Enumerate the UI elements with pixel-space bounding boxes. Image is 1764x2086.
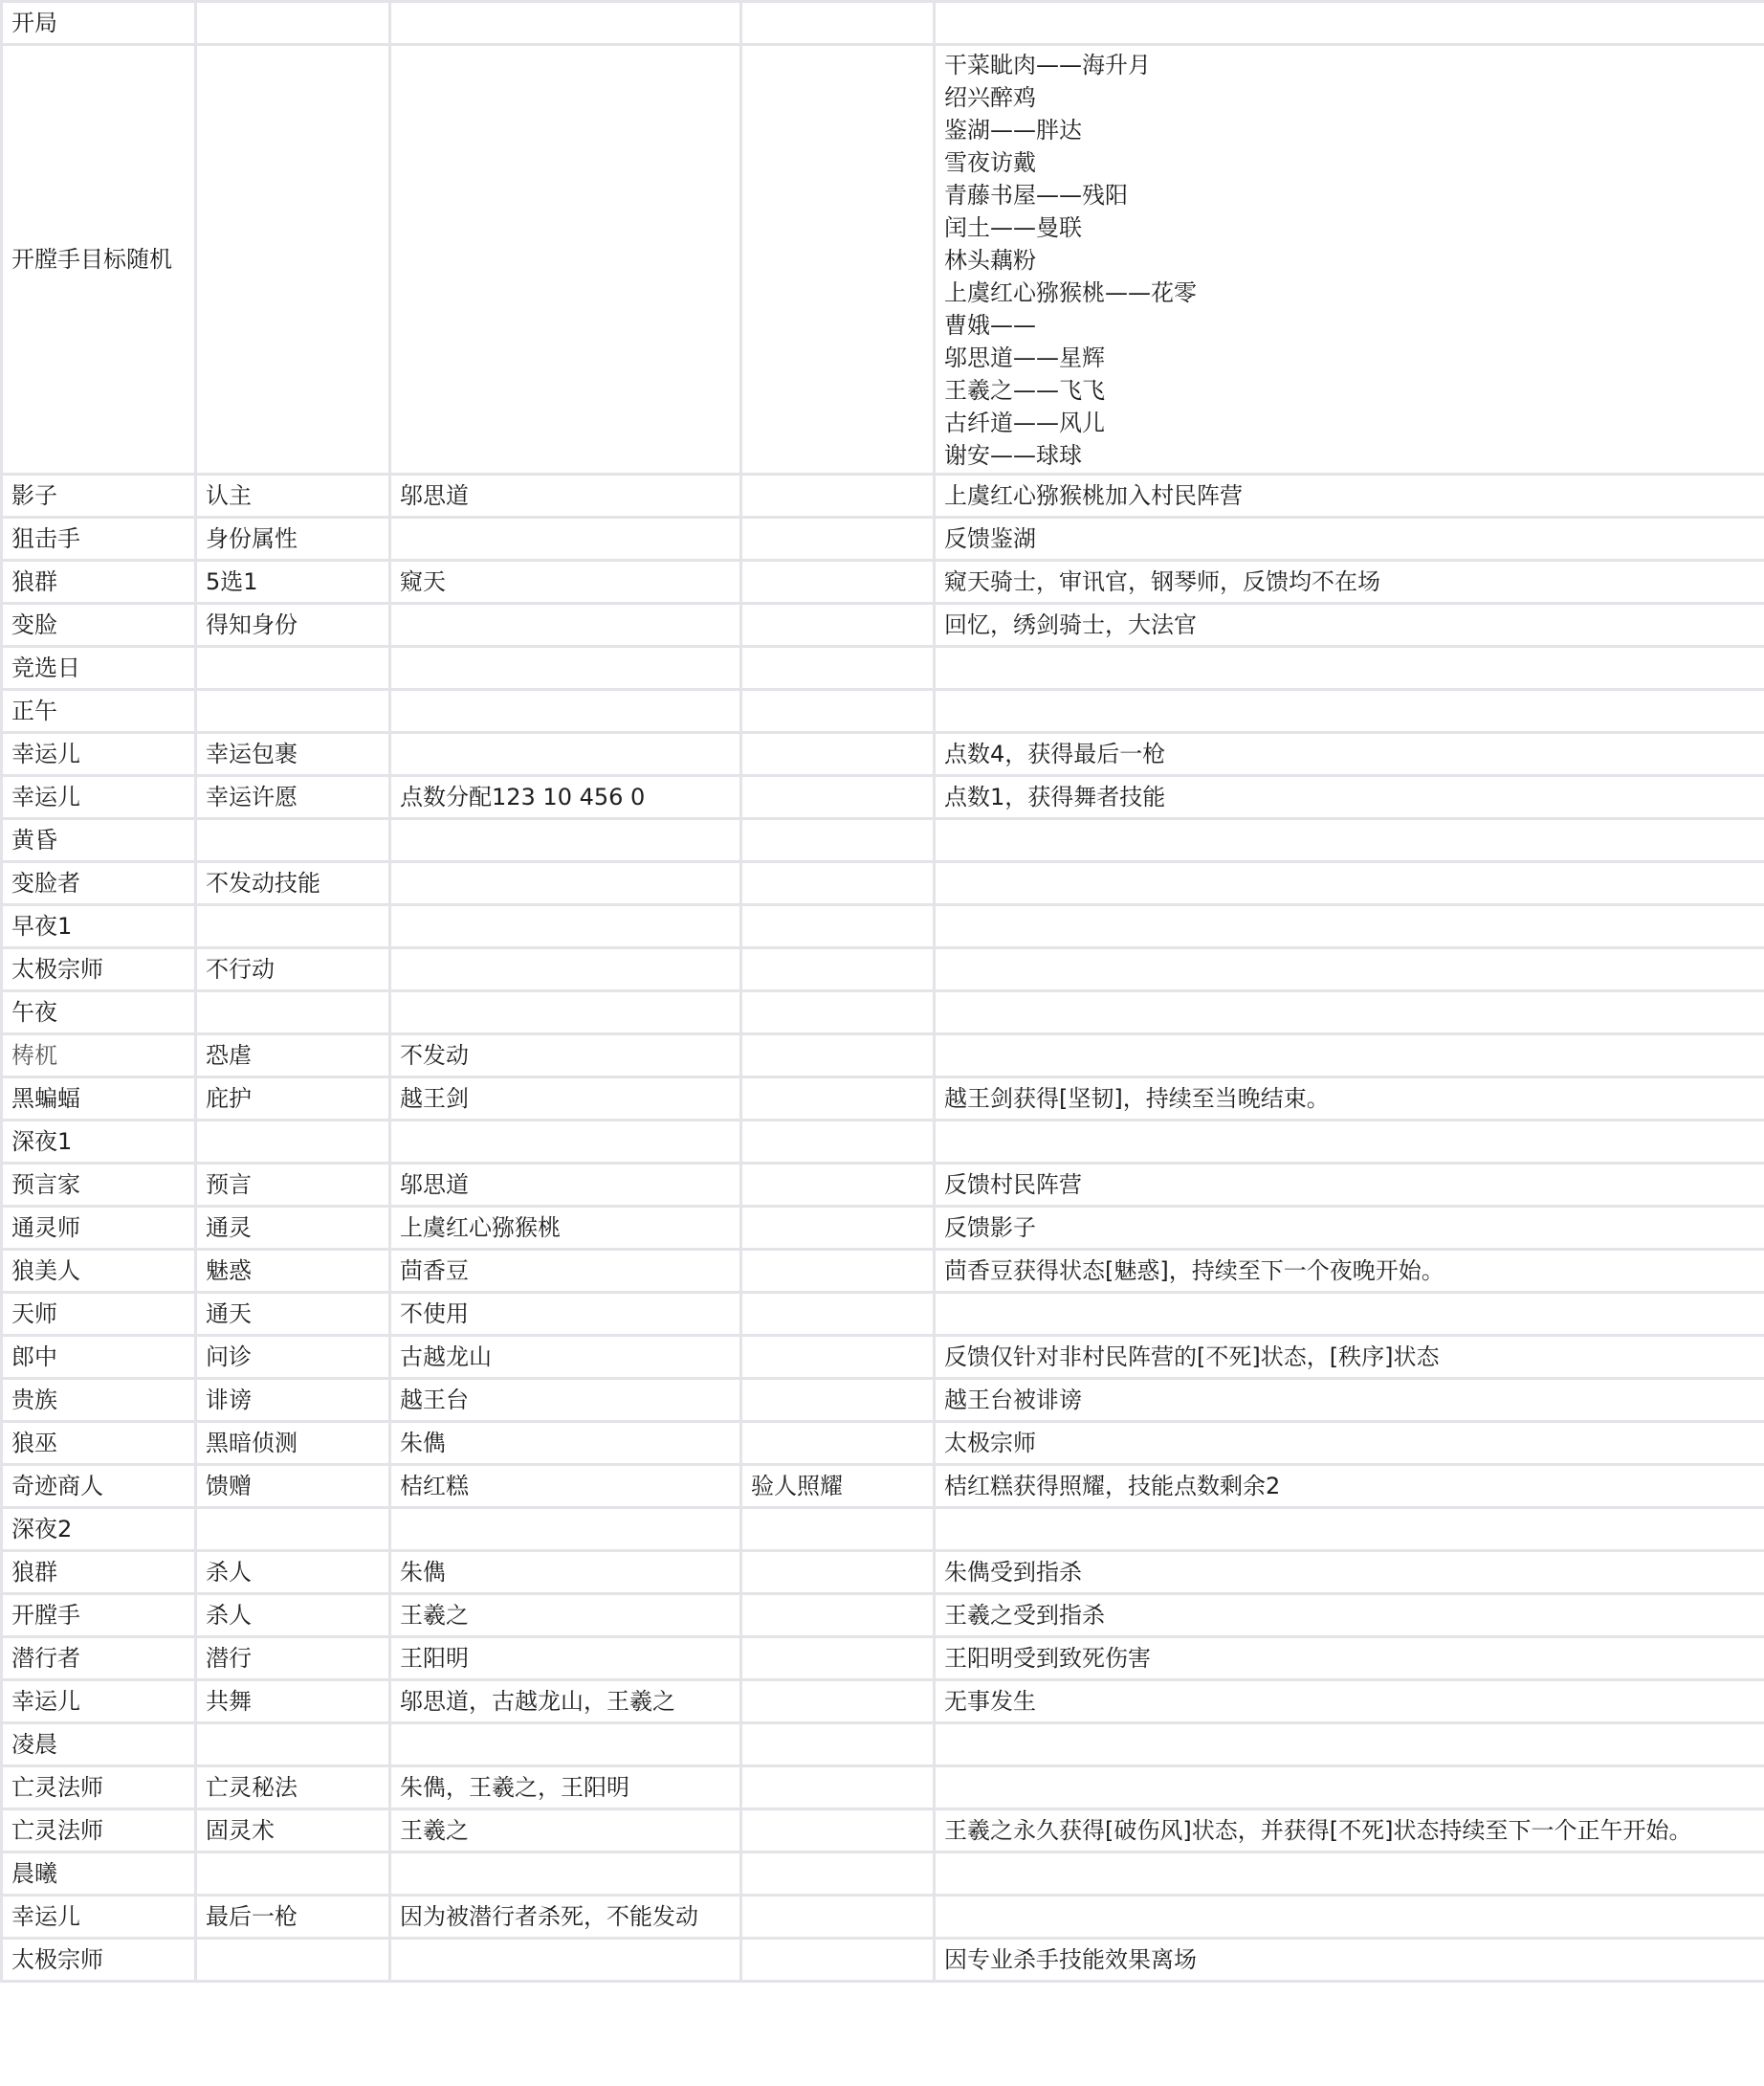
cell-extra[interactable] [741, 1766, 935, 1809]
result-line: 林头藕粉 [944, 244, 1764, 277]
cell-role[interactable]: 狙击手 [2, 518, 196, 561]
cell-action[interactable]: 馈赠 [196, 1465, 390, 1508]
cell-role[interactable]: 狼群 [2, 1551, 196, 1594]
cell-target[interactable]: 王羲之 [390, 1594, 741, 1637]
cell-action[interactable]: 不发动技能 [196, 862, 390, 905]
cell-action[interactable]: 认主 [196, 475, 390, 518]
cell-extra[interactable] [741, 518, 935, 561]
cell-extra[interactable] [741, 1637, 935, 1680]
cell-target[interactable] [390, 733, 741, 776]
cell-role[interactable]: 凌晨 [2, 1723, 196, 1766]
cell-extra[interactable] [741, 1422, 935, 1465]
cell-role[interactable]: 开膛手 [2, 1594, 196, 1637]
cell-result[interactable] [935, 1766, 1764, 1809]
cell-role[interactable]: 午夜 [2, 991, 196, 1034]
cell-result[interactable] [935, 647, 1764, 690]
cell-role[interactable]: 狼巫 [2, 1422, 196, 1465]
cell-result[interactable]: 因专业杀手技能效果离场 [935, 1939, 1764, 1982]
cell-extra[interactable]: 验人照耀 [741, 1465, 935, 1508]
cell-action[interactable] [196, 1508, 390, 1551]
cell-result[interactable] [935, 1723, 1764, 1766]
result-line: 雪夜访戴 [944, 146, 1764, 179]
cell-action[interactable] [196, 647, 390, 690]
table-row: 开膛手杀人王羲之王羲之受到指杀 [2, 1594, 1764, 1637]
cell-extra[interactable] [741, 1939, 935, 1982]
cell-action[interactable]: 黑暗侦测 [196, 1422, 390, 1465]
table-row: 潜行者潜行王阳明王阳明受到致死伤害 [2, 1637, 1764, 1680]
cell-target[interactable] [390, 819, 741, 862]
cell-extra[interactable] [741, 1379, 935, 1422]
cell-target[interactable]: 古越龙山 [390, 1336, 741, 1379]
cell-role[interactable]: 天师 [2, 1293, 196, 1336]
cell-role[interactable]: 幸运儿 [2, 1680, 196, 1723]
table-row: 贵族诽谤越王台越王台被诽谤 [2, 1379, 1764, 1422]
cell-extra[interactable] [741, 1207, 935, 1250]
table-row: 亡灵法师固灵术王羲之王羲之永久获得[破伤风]状态，并获得[不死]状态持续至下一个… [2, 1809, 1764, 1853]
cell-result[interactable]: 越王剑获得[坚韧]，持续至当晚结束。 [935, 1077, 1764, 1121]
cell-result[interactable] [935, 690, 1764, 733]
cell-action[interactable]: 庇护 [196, 1077, 390, 1121]
cell-result[interactable]: 上虞红心猕猴桃加入村民阵营 [935, 475, 1764, 518]
cell-role[interactable]: 早夜1 [2, 905, 196, 948]
cell-target[interactable]: 桔红糕 [390, 1465, 741, 1508]
cell-extra[interactable] [741, 1121, 935, 1164]
cell-role[interactable]: 黄昏 [2, 819, 196, 862]
table-row: 太极宗师不行动 [2, 948, 1764, 991]
cell-target[interactable]: 越王台 [390, 1379, 741, 1422]
cell-result[interactable]: 点数4，获得最后一枪 [935, 733, 1764, 776]
table-row: 狼群5选1窥天窥天骑士，审讯官，钢琴师，反馈均不在场 [2, 561, 1764, 604]
cell-result[interactable]: 越王台被诽谤 [935, 1379, 1764, 1422]
cell-result[interactable]: 桔红糕获得照耀，技能点数剩余2 [935, 1465, 1764, 1508]
cell-role[interactable]: 幸运儿 [2, 776, 196, 819]
cell-extra[interactable] [741, 991, 935, 1034]
cell-target[interactable] [390, 862, 741, 905]
cell-target[interactable] [390, 991, 741, 1034]
cell-extra[interactable] [741, 1809, 935, 1853]
cell-result[interactable]: 反馈鉴湖 [935, 518, 1764, 561]
cell-result[interactable]: 回忆，绣剑骑士，大法官 [935, 604, 1764, 647]
table-row: 狼美人魅惑茴香豆茴香豆获得状态[魅惑]，持续至下一个夜晚开始。 [2, 1250, 1764, 1293]
cell-extra[interactable] [741, 1293, 935, 1336]
cell-extra[interactable] [741, 690, 935, 733]
cell-result[interactable]: 反馈影子 [935, 1207, 1764, 1250]
cell-role[interactable]: 深夜1 [2, 1121, 196, 1164]
cell-target[interactable] [390, 45, 741, 475]
cell-result[interactable]: 太极宗师 [935, 1422, 1764, 1465]
cell-target[interactable] [390, 2, 741, 45]
cell-role[interactable]: 梼杌 [2, 1034, 196, 1077]
cell-result[interactable]: 窥天骑士，审讯官，钢琴师，反馈均不在场 [935, 561, 1764, 604]
table-row: 幸运儿共舞邬思道，古越龙山，王羲之无事发生 [2, 1680, 1764, 1723]
cell-role[interactable]: 潜行者 [2, 1637, 196, 1680]
cell-extra[interactable] [741, 45, 935, 475]
cell-role[interactable]: 变脸者 [2, 862, 196, 905]
result-line: 上虞红心猕猴桃——花零 [944, 277, 1764, 309]
cell-action[interactable] [196, 1723, 390, 1766]
cell-extra[interactable] [741, 1336, 935, 1379]
cell-target[interactable]: 邬思道 [390, 1164, 741, 1207]
table-row: 影子认主邬思道上虞红心猕猴桃加入村民阵营 [2, 475, 1764, 518]
cell-result[interactable] [935, 819, 1764, 862]
cell-action[interactable]: 不行动 [196, 948, 390, 991]
cell-role[interactable]: 预言家 [2, 1164, 196, 1207]
cell-target[interactable]: 窥天 [390, 561, 741, 604]
cell-role[interactable]: 竞选日 [2, 647, 196, 690]
cell-role[interactable]: 黑蝙蝠 [2, 1077, 196, 1121]
cell-extra[interactable] [741, 1250, 935, 1293]
table-row: 深夜1 [2, 1121, 1764, 1164]
result-line: 青藤书屋——残阳 [944, 179, 1764, 211]
cell-result[interactable] [935, 2, 1764, 45]
table-row: 开膛手目标随机干菜眦肉——海升月绍兴醉鸡鉴湖——胖达雪夜访戴青藤书屋——残阳闰土… [2, 45, 1764, 475]
cell-action[interactable]: 通灵 [196, 1207, 390, 1250]
cell-target[interactable]: 越王剑 [390, 1077, 741, 1121]
cell-target[interactable]: 朱儁 [390, 1422, 741, 1465]
cell-action[interactable]: 最后一枪 [196, 1896, 390, 1939]
cell-result[interactable]: 王羲之永久获得[破伤风]状态，并获得[不死]状态持续至下一个正午开始。 [935, 1809, 1764, 1853]
cell-target[interactable]: 王阳明 [390, 1637, 741, 1680]
cell-role[interactable]: 开局 [2, 2, 196, 45]
cell-target[interactable] [390, 1723, 741, 1766]
result-line: 王羲之——飞飞 [944, 374, 1764, 407]
cell-action[interactable]: 固灵术 [196, 1809, 390, 1853]
cell-extra[interactable] [741, 1034, 935, 1077]
result-line: 曹娥—— [944, 309, 1764, 342]
table-row: 正午 [2, 690, 1764, 733]
cell-extra[interactable] [741, 905, 935, 948]
table-row: 幸运儿幸运许愿点数分配123 10 456 0点数1，获得舞者技能 [2, 776, 1764, 819]
cell-extra[interactable] [741, 776, 935, 819]
table-row: 黑蝙蝠庇护越王剑越王剑获得[坚韧]，持续至当晚结束。 [2, 1077, 1764, 1121]
cell-action[interactable]: 幸运许愿 [196, 776, 390, 819]
table-row: 梼杌恐虐不发动 [2, 1034, 1764, 1077]
cell-result[interactable]: 干菜眦肉——海升月绍兴醉鸡鉴湖——胖达雪夜访戴青藤书屋——残阳闰土——曼联林头藕… [935, 45, 1764, 475]
table-row: 太极宗师因专业杀手技能效果离场 [2, 1939, 1764, 1982]
cell-target[interactable] [390, 948, 741, 991]
table-row: 奇迹商人馈赠桔红糕验人照耀桔红糕获得照耀，技能点数剩余2 [2, 1465, 1764, 1508]
game-log-body: 开局开膛手目标随机干菜眦肉——海升月绍兴醉鸡鉴湖——胖达雪夜访戴青藤书屋——残阳… [2, 2, 1764, 1982]
cell-role[interactable]: 贵族 [2, 1379, 196, 1422]
cell-role[interactable]: 幸运儿 [2, 733, 196, 776]
cell-extra[interactable] [741, 1853, 935, 1896]
cell-role[interactable]: 太极宗师 [2, 948, 196, 991]
table-row: 亡灵法师亡灵秘法朱儁，王羲之，王阳明 [2, 1766, 1764, 1809]
table-row: 预言家预言邬思道反馈村民阵营 [2, 1164, 1764, 1207]
table-row: 晨曦 [2, 1853, 1764, 1896]
table-row: 竞选日 [2, 647, 1764, 690]
cell-role[interactable]: 变脸 [2, 604, 196, 647]
cell-result[interactable] [935, 1896, 1764, 1939]
cell-role[interactable]: 狼群 [2, 561, 196, 604]
result-line: 闰土——曼联 [944, 211, 1764, 244]
cell-extra[interactable] [741, 819, 935, 862]
cell-role[interactable]: 狼美人 [2, 1250, 196, 1293]
cell-target[interactable]: 王羲之 [390, 1809, 741, 1853]
cell-extra[interactable] [741, 862, 935, 905]
table-row: 狼巫黑暗侦测朱儁太极宗师 [2, 1422, 1764, 1465]
cell-role[interactable]: 郎中 [2, 1336, 196, 1379]
cell-action[interactable]: 身份属性 [196, 518, 390, 561]
table-row: 幸运儿最后一枪因为被潜行者杀死，不能发动 [2, 1896, 1764, 1939]
cell-extra[interactable] [741, 1723, 935, 1766]
cell-result[interactable] [935, 1853, 1764, 1896]
table-row: 天师通天不使用 [2, 1293, 1764, 1336]
cell-target[interactable]: 邬思道，古越龙山，王羲之 [390, 1680, 741, 1723]
cell-role[interactable]: 奇迹商人 [2, 1465, 196, 1508]
result-line: 古纤道——风儿 [944, 407, 1764, 439]
result-line: 邬思道——星辉 [944, 342, 1764, 374]
table-row: 变脸者不发动技能 [2, 862, 1764, 905]
cell-extra[interactable] [741, 948, 935, 991]
cell-action[interactable]: 杀人 [196, 1551, 390, 1594]
cell-extra[interactable] [741, 604, 935, 647]
cell-action[interactable] [196, 1853, 390, 1896]
cell-role[interactable]: 通灵师 [2, 1207, 196, 1250]
cell-role[interactable]: 亡灵法师 [2, 1766, 196, 1809]
table-row: 通灵师通灵上虞红心猕猴桃反馈影子 [2, 1207, 1764, 1250]
cell-action[interactable] [196, 45, 390, 475]
table-row: 午夜 [2, 991, 1764, 1034]
cell-result[interactable] [935, 1121, 1764, 1164]
cell-action[interactable]: 得知身份 [196, 604, 390, 647]
table-row: 郎中问诊古越龙山反馈仅针对非村民阵营的[不死]状态，[秩序]状态 [2, 1336, 1764, 1379]
cell-result[interactable] [935, 1293, 1764, 1336]
cell-target[interactable]: 点数分配123 10 456 0 [390, 776, 741, 819]
result-line: 谢安——球球 [944, 439, 1764, 472]
cell-action[interactable] [196, 690, 390, 733]
cell-target[interactable]: 不使用 [390, 1293, 741, 1336]
result-line: 干菜眦肉——海升月 [944, 49, 1764, 81]
table-row: 幸运儿幸运包裹点数4，获得最后一枪 [2, 733, 1764, 776]
table-row: 开局 [2, 2, 1764, 45]
cell-role[interactable]: 太极宗师 [2, 1939, 196, 1982]
cell-target[interactable]: 上虞红心猕猴桃 [390, 1207, 741, 1250]
cell-action[interactable] [196, 819, 390, 862]
table-row: 狼群杀人朱儁朱儁受到指杀 [2, 1551, 1764, 1594]
cell-role[interactable]: 幸运儿 [2, 1896, 196, 1939]
table-row: 狙击手身份属性反馈鉴湖 [2, 518, 1764, 561]
cell-action[interactable]: 5选1 [196, 561, 390, 604]
result-line: 鉴湖——胖达 [944, 114, 1764, 146]
cell-target[interactable] [390, 604, 741, 647]
cell-action[interactable]: 杀人 [196, 1594, 390, 1637]
cell-result[interactable]: 反馈村民阵营 [935, 1164, 1764, 1207]
cell-action[interactable] [196, 1121, 390, 1164]
cell-action[interactable] [196, 1939, 390, 1982]
cell-action[interactable]: 潜行 [196, 1637, 390, 1680]
cell-target[interactable] [390, 647, 741, 690]
table-row: 凌晨 [2, 1723, 1764, 1766]
cell-result[interactable]: 点数1，获得舞者技能 [935, 776, 1764, 819]
cell-extra[interactable] [741, 1508, 935, 1551]
cell-extra[interactable] [741, 1680, 935, 1723]
cell-action[interactable] [196, 905, 390, 948]
cell-extra[interactable] [741, 1551, 935, 1594]
table-row: 变脸得知身份回忆，绣剑骑士，大法官 [2, 604, 1764, 647]
cell-role[interactable]: 晨曦 [2, 1853, 196, 1896]
cell-result[interactable] [935, 948, 1764, 991]
cell-target[interactable] [390, 1939, 741, 1982]
cell-target[interactable] [390, 690, 741, 733]
cell-action[interactable] [196, 2, 390, 45]
cell-action[interactable]: 诽谤 [196, 1379, 390, 1422]
cell-action[interactable]: 共舞 [196, 1680, 390, 1723]
cell-result[interactable] [935, 862, 1764, 905]
cell-result[interactable]: 王羲之受到指杀 [935, 1594, 1764, 1637]
cell-target[interactable] [390, 518, 741, 561]
table-row: 黄昏 [2, 819, 1764, 862]
cell-action[interactable]: 恐虐 [196, 1034, 390, 1077]
table-row: 早夜1 [2, 905, 1764, 948]
table-row: 深夜2 [2, 1508, 1764, 1551]
cell-target[interactable]: 朱儁 [390, 1551, 741, 1594]
cell-target[interactable] [390, 1853, 741, 1896]
cell-target[interactable] [390, 905, 741, 948]
cell-result[interactable]: 反馈仅针对非村民阵营的[不死]状态，[秩序]状态 [935, 1336, 1764, 1379]
cell-role[interactable]: 正午 [2, 690, 196, 733]
cell-extra[interactable] [741, 2, 935, 45]
cell-role[interactable]: 亡灵法师 [2, 1809, 196, 1853]
result-line: 绍兴醉鸡 [944, 81, 1764, 114]
cell-target[interactable]: 茴香豆 [390, 1250, 741, 1293]
cell-action[interactable]: 魅惑 [196, 1250, 390, 1293]
cell-extra[interactable] [741, 1594, 935, 1637]
cell-role[interactable]: 深夜2 [2, 1508, 196, 1551]
cell-action[interactable] [196, 991, 390, 1034]
cell-extra[interactable] [741, 1164, 935, 1207]
cell-action[interactable]: 预言 [196, 1164, 390, 1207]
cell-action[interactable]: 问诊 [196, 1336, 390, 1379]
cell-result[interactable] [935, 905, 1764, 948]
cell-target[interactable]: 不发动 [390, 1034, 741, 1077]
cell-target[interactable]: 因为被潜行者杀死，不能发动 [390, 1896, 741, 1939]
cell-action[interactable]: 亡灵秘法 [196, 1766, 390, 1809]
cell-target[interactable] [390, 1121, 741, 1164]
cell-result[interactable] [935, 991, 1764, 1034]
cell-result[interactable]: 朱儁受到指杀 [935, 1551, 1764, 1594]
game-log-table: 开局开膛手目标随机干菜眦肉——海升月绍兴醉鸡鉴湖——胖达雪夜访戴青藤书屋——残阳… [0, 0, 1764, 1983]
cell-extra[interactable] [741, 733, 935, 776]
cell-result[interactable] [935, 1034, 1764, 1077]
cell-extra[interactable] [741, 647, 935, 690]
cell-target[interactable]: 邬思道 [390, 475, 741, 518]
cell-role[interactable]: 影子 [2, 475, 196, 518]
cell-action[interactable]: 幸运包裹 [196, 733, 390, 776]
cell-target[interactable] [390, 1508, 741, 1551]
cell-target[interactable]: 朱儁，王羲之，王阳明 [390, 1766, 741, 1809]
cell-extra[interactable] [741, 1077, 935, 1121]
cell-extra[interactable] [741, 561, 935, 604]
cell-extra[interactable] [741, 475, 935, 518]
cell-role[interactable]: 开膛手目标随机 [2, 45, 196, 475]
cell-result[interactable]: 无事发生 [935, 1680, 1764, 1723]
cell-action[interactable]: 通天 [196, 1293, 390, 1336]
cell-result[interactable]: 王阳明受到致死伤害 [935, 1637, 1764, 1680]
cell-result[interactable]: 茴香豆获得状态[魅惑]，持续至下一个夜晚开始。 [935, 1250, 1764, 1293]
cell-result[interactable] [935, 1508, 1764, 1551]
cell-extra[interactable] [741, 1896, 935, 1939]
